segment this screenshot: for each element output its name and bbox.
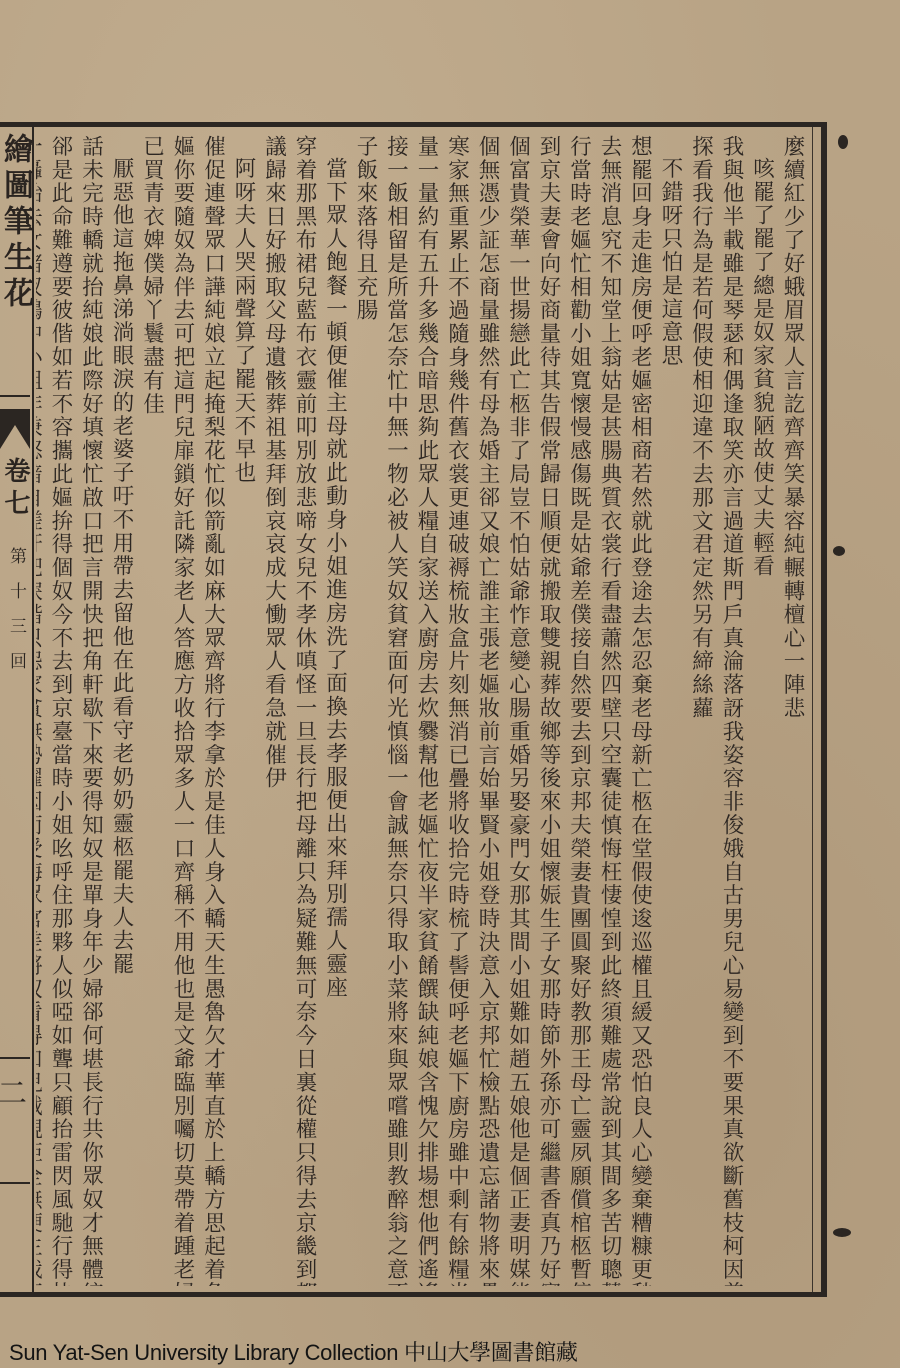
text-column: 寒家無重累止不過隨身幾件舊衣裳更連破褥梳妝盒片刻無消已疊將收拾完時梳了髻便呼老嫗… [441, 135, 472, 1286]
text-column: 嫗你要隨奴為伴去可把這門兒扉鎖好託隣家老人答應方收拾眾多人一口齊稱不用他也是文爺… [167, 135, 198, 1286]
text-column: 阿呀夫人哭兩聲算了罷天不早也 [228, 135, 259, 1286]
margin-divider [0, 1057, 30, 1059]
text-column: 個富貴榮華一世揚戀此亡柩非了局豈不怕姑爺怍意變心腸重婚另娶豪門女那其間小姐難如趙… [502, 135, 533, 1286]
ink-stain [833, 1228, 851, 1237]
text-column: 穿着那黑布裙兒藍布衣靈前叩別放悲啼女兒不孝休嗔怪一旦長行把母離只為疑難無可奈今日… [289, 135, 320, 1286]
text-column: 去無消息究不知堂上翁姑是甚腸典質衣裳行看盡蕭然四壁只空囊徒慎悔枉悽惶到此終須難處… [594, 135, 625, 1286]
text-column: 當下眾人飽餐一頓便催主母就此動身小姐進房洗了面換去孝服便出來拜別孺人靈座 [319, 135, 350, 1286]
frame-inner-rule [812, 127, 813, 1292]
ink-stain [838, 135, 848, 149]
text-column: 厭惡他這拖鼻涕淌眼淚的老婆子吁不用帶去留他在此看守老奶奶靈柩罷夫人去罷 [106, 135, 137, 1286]
text-column: 不錯呀只怕是這意思 [655, 135, 686, 1286]
text-column: 咳罷了罷了總是奴家貧貌陋故使丈夫輕看 [746, 135, 777, 1286]
text-column: 個無憑少証怎商量雖然有母為婚主郤又娘亡誰主張老嫗妝前言始畢賢小姐登時決意入京邦忙… [472, 135, 503, 1286]
text-column: 探看我行為是若何假使相迎違不去那文君定然另有締絲蘿 [685, 135, 716, 1286]
volume-label: 卷七 [0, 457, 30, 521]
text-column: 已買青衣婢僕婦丫鬟盡有佳 [136, 135, 167, 1286]
text-column: 一轟抬去女諸釵鴉中小姐非兼怒暗自嗟吁把淚揩只怨家貧無勢燿因而受侮眾官差將奴看得如… [36, 135, 45, 1286]
text-column: 催促連聲眾口譁純娘立起掩梨花忙似箭亂如麻大眾齊將行李拿於是佳人身入轎天生愚魯欠才… [197, 135, 228, 1286]
margin-divider [0, 1182, 30, 1184]
text-column: 麼續紅少了好蛾眉眾人言訖齊齊笑暴容純輾轉檀心一陣悲 [777, 135, 808, 1286]
text-column: 子飯來落得且充腸 [350, 135, 381, 1286]
page-margin-banxin: 繪圖筆生花 卷七 第十三回 二 [0, 127, 34, 1292]
text-column: 想罷回身走進房便呼老嫗密相商若然就此登途去怎忍棄老母新亡柩在堂假使逡巡權且緩又恐… [624, 135, 655, 1286]
text-column: 郤是此命難遵要彼偕如若不容攜此嫗拚得個奴今不去到京臺當時小姐吆呼住那夥人似啞如聾… [45, 135, 76, 1286]
vertical-text-body: 麼續紅少了好蛾眉眾人言訖齊齊笑暴容純輾轉檀心一陣悲咳罷了罷了總是奴家貧貌陋故使丈… [36, 135, 807, 1286]
margin-divider [0, 395, 30, 397]
text-column: 接一飯相留是所當怎奈忙中無一物必被人笑奴貧窘面何光慎惱一會誠無奈只得取小菜將來與… [380, 135, 411, 1286]
text-column: 我與他半載雖是琴瑟和偶逢取笑亦言過道斯門戶真淪落訝我姿容非俊娥自古男兒心易變到不… [716, 135, 747, 1286]
text-column: 到京夫妻會向好商量待其告假常歸日順便就搬取雙親葬故鄉等後來小姐懷娠生子女那時節外… [533, 135, 564, 1286]
fish-tail-ornament-icon [0, 409, 30, 449]
text-column: 話未完時轎就抬純娘此際好填懷忙啟口把言開快把角軒歇下來要得知奴是單身年少婦郤何堪… [75, 135, 106, 1286]
library-watermark: Sun Yat-Sen University Library Collectio… [9, 1336, 578, 1367]
ink-stain [833, 546, 845, 556]
text-column: 議歸來日好搬取父母遺骸葬祖基拜倒哀哀成大慟眾人看急就催伊 [258, 135, 289, 1286]
chapter-label: 第十三回 [2, 547, 30, 687]
page-frame: 繪圖筆生花 卷七 第十三回 二 麼續紅少了好蛾眉眾人言訖齊齊笑暴容純輾轉檀心一陣… [0, 122, 827, 1297]
text-column: 行當時老嫗忙相勸小姐寬懷慢感傷既是姑爺差僕接自然要去到京邦夫榮妻貴團圓聚好教那王… [563, 135, 594, 1286]
page-number: 二 [0, 1077, 30, 1107]
text-column: 量一量約有五升多幾合暗思夠此眾人糧自家送入廚房去炊爨幫他老嫗忙夜半家貧餚饌缺純娘… [411, 135, 442, 1286]
book-title: 繪圖筆生花 [0, 133, 30, 313]
